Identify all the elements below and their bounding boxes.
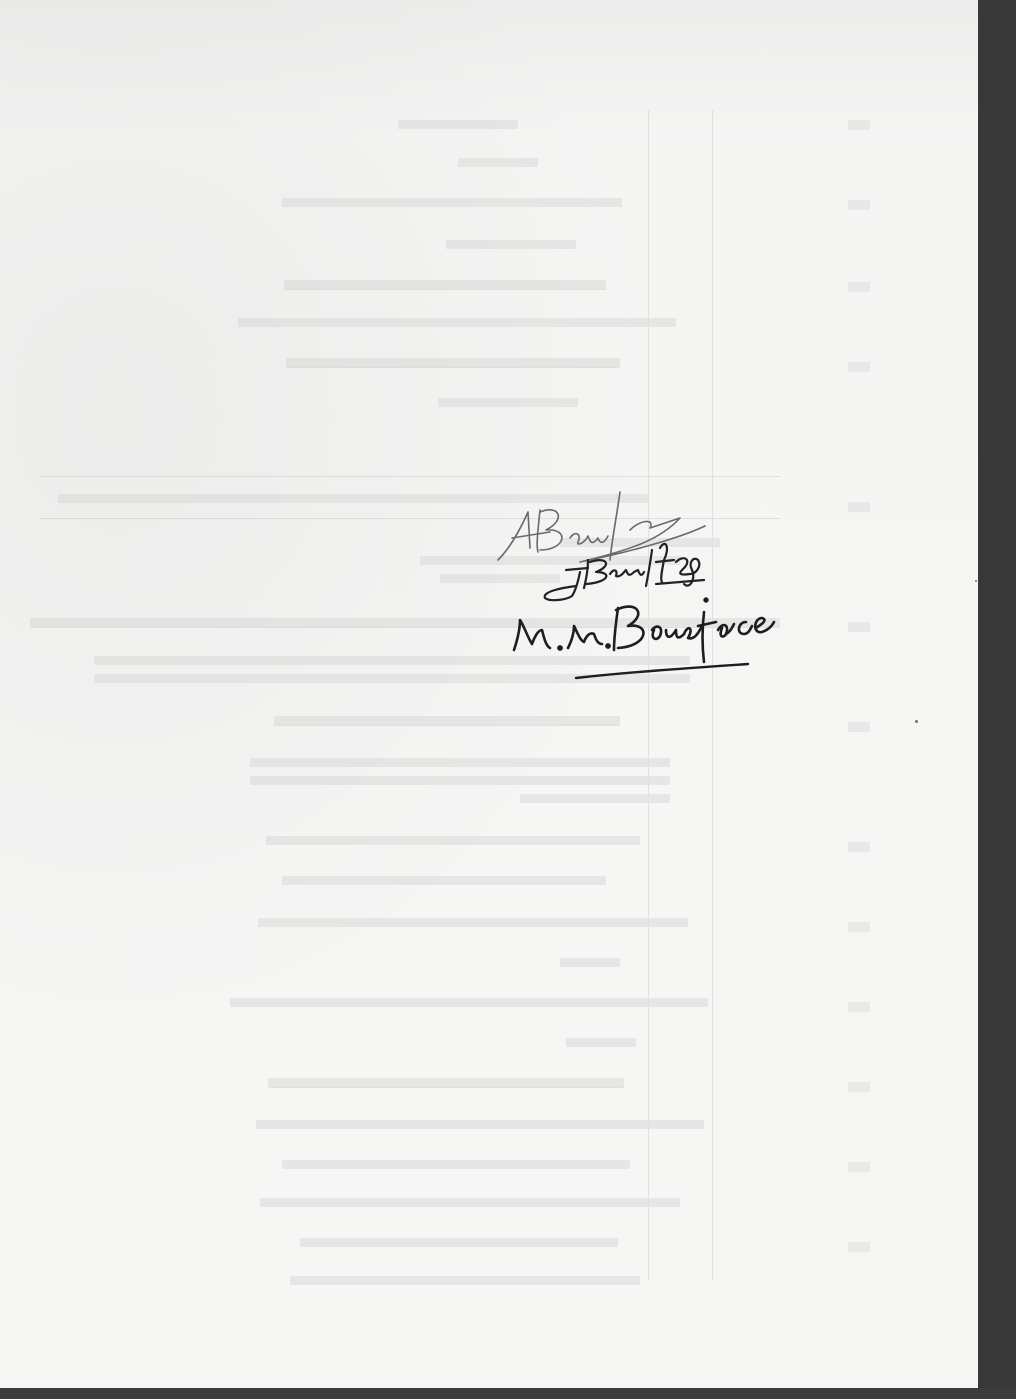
bleed-through-number xyxy=(848,1242,870,1252)
bleed-through-line xyxy=(274,716,620,726)
bleed-through-column-line xyxy=(648,110,649,1280)
signature-a-boniface xyxy=(498,492,705,562)
bleed-through-line xyxy=(282,198,622,207)
bleed-through-line xyxy=(446,240,576,249)
bleed-through-line xyxy=(290,1276,640,1285)
bleed-through-number xyxy=(848,282,870,292)
bleed-through-number xyxy=(848,1082,870,1092)
signatures-drawing xyxy=(480,490,780,690)
bleed-through-line xyxy=(438,398,578,407)
bleed-through-line xyxy=(282,876,606,885)
bleed-through-number xyxy=(848,502,870,512)
bleed-through-line xyxy=(282,1160,630,1169)
bleed-through-line xyxy=(250,758,670,767)
bleed-through-line xyxy=(230,998,708,1007)
bleed-through-rule xyxy=(40,476,780,477)
scanner-background-right xyxy=(978,0,1016,1399)
bleed-through-line xyxy=(250,776,670,785)
signature-block: A. Boniface J. Boniface M. M. Boniface xyxy=(480,490,780,690)
bleed-through-number xyxy=(848,1002,870,1012)
document-page: A. Boniface J. Boniface M. M. Boniface xyxy=(0,0,978,1388)
bleed-through-number xyxy=(848,1162,870,1172)
bleed-through-number xyxy=(848,722,870,732)
scanner-background-bottom xyxy=(0,1388,1016,1399)
bleed-through-line xyxy=(458,158,538,167)
bleed-through-number xyxy=(848,922,870,932)
bleed-through-line xyxy=(238,318,676,327)
bleed-through-line xyxy=(560,958,620,967)
bleed-through-line xyxy=(260,1198,680,1207)
bleed-through-column-line xyxy=(712,110,713,1280)
bleed-through-number xyxy=(848,622,870,632)
bleed-through-number xyxy=(848,362,870,372)
bleed-through-line xyxy=(286,358,620,368)
bleed-through-line xyxy=(398,120,518,129)
bleed-through-line xyxy=(256,1120,704,1129)
bleed-through-line xyxy=(300,1238,618,1247)
bleed-through-number xyxy=(848,200,870,210)
bleed-through-line xyxy=(268,1078,624,1088)
bleed-through-line xyxy=(258,918,688,927)
speck xyxy=(915,720,918,723)
bleed-through-number xyxy=(848,120,870,130)
bleed-through-line xyxy=(566,1038,636,1047)
signature-m-m-boniface xyxy=(514,599,774,678)
bleed-through-line xyxy=(266,836,640,845)
speck xyxy=(975,580,977,582)
bleed-through-line xyxy=(284,280,606,290)
bleed-through-number xyxy=(848,842,870,852)
